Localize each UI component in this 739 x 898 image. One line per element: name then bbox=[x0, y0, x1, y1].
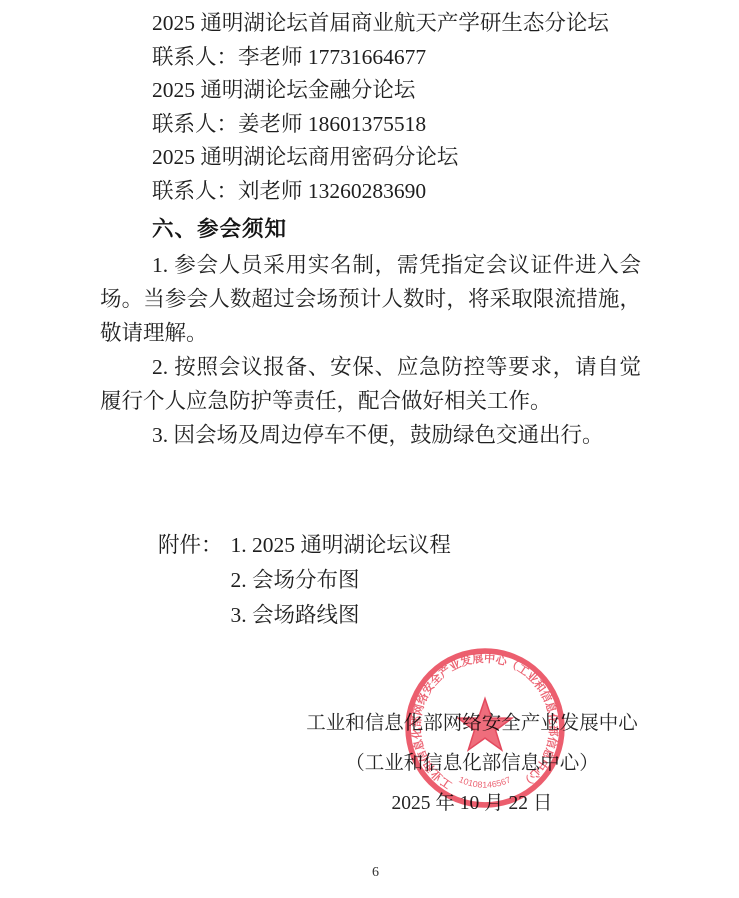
attachment-item: 2. 会场分布图 bbox=[231, 563, 451, 598]
document-body: 2025 通明湖论坛首届商业航天产学研生态分论坛 联系人：李老师 1773166… bbox=[100, 7, 641, 633]
document-page: 2025 通明湖论坛首届商业航天产学研生态分论坛 联系人：李老师 1773166… bbox=[0, 0, 739, 898]
notice-paragraph: 3. 因会场及周边停车不便，鼓励绿色交通出行。 bbox=[100, 418, 641, 452]
forum-contact: 联系人：刘老师 13260283690 bbox=[100, 175, 641, 209]
seal-star bbox=[458, 699, 512, 750]
forum-contact: 联系人：姜老师 18601375518 bbox=[100, 108, 641, 142]
notice-paragraph: 1. 参会人员采用实名制，需凭指定会议证件进入会场。当参会人数超过会场预计人数时… bbox=[100, 248, 641, 350]
forum-title: 2025 通明湖论坛金融分论坛 bbox=[100, 74, 641, 108]
attachments-block: 附件： 1. 2025 通明湖论坛议程 2. 会场分布图 3. 会场路线图 bbox=[100, 528, 641, 633]
forum-contact: 联系人：李老师 17731664677 bbox=[100, 41, 641, 75]
official-seal-icon: 工业和信息化部网络安全产业发展中心（工业和信息化部信息中心） 101081465… bbox=[404, 646, 566, 812]
notice-paragraph: 2. 按照会议报备、安保、应急防控等要求，请自觉履行个人应急防护等责任，配合做好… bbox=[100, 350, 641, 418]
seal-code: 10108146567 bbox=[457, 774, 512, 790]
forum-title: 2025 通明湖论坛商用密码分论坛 bbox=[100, 141, 641, 175]
notice-heading: 六、参会须知 bbox=[100, 211, 641, 248]
attachments-label: 附件： bbox=[158, 528, 223, 563]
svg-text:10108146567: 10108146567 bbox=[457, 774, 512, 790]
attachments-list: 1. 2025 通明湖论坛议程 2. 会场分布图 3. 会场路线图 bbox=[231, 528, 451, 633]
page-number: 6 bbox=[0, 865, 739, 881]
attachment-item: 3. 会场路线图 bbox=[231, 598, 451, 633]
forum-title: 2025 通明湖论坛首届商业航天产学研生态分论坛 bbox=[100, 7, 641, 41]
attachment-item: 1. 2025 通明湖论坛议程 bbox=[231, 528, 451, 563]
